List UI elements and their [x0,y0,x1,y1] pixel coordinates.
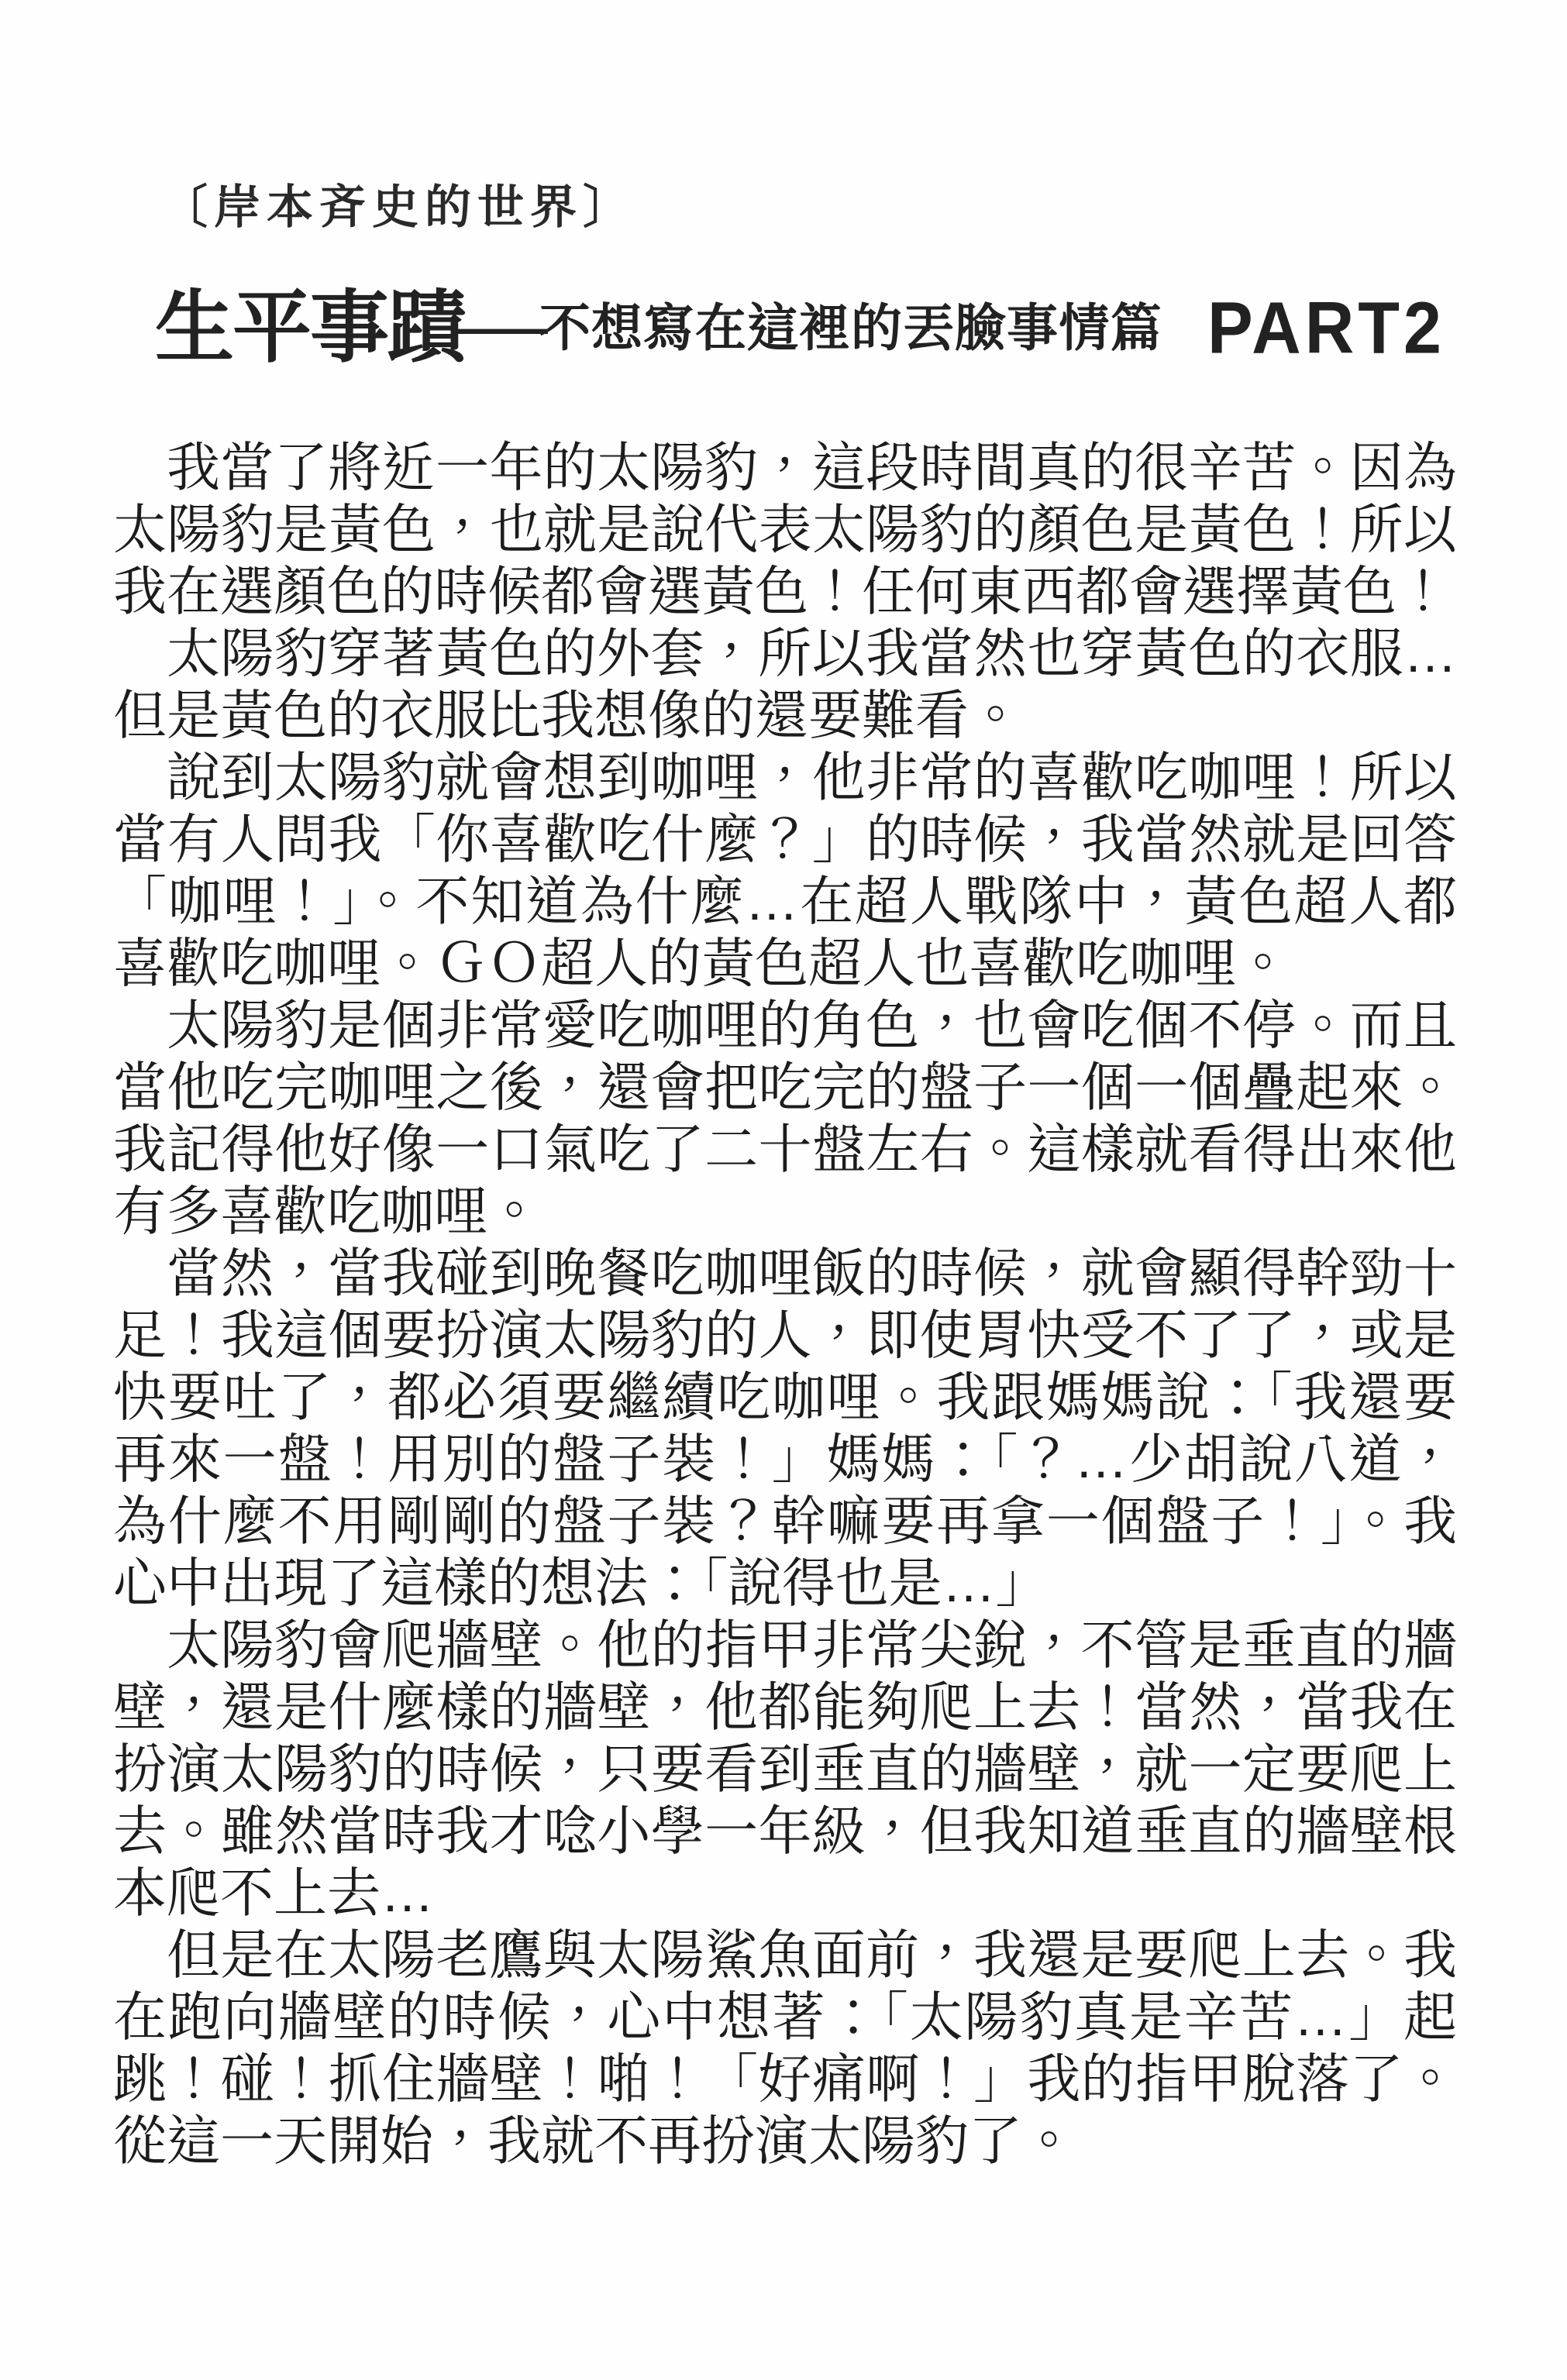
title-part-label: PART2 [1207,291,1445,364]
paragraph-curry-favorite: 說到太陽豹就會想到咖哩，他非常的喜歡吃咖哩！所以當有人問我「你喜歡吃什麼？」的時… [113,747,1457,995]
paragraph-sun-leopard-yellow: 我當了將近一年的太陽豹，這段時間真的很辛苦。因為太陽豹是黃色，也就是說代表太陽豹… [113,437,1457,623]
paragraph-nail-falls-off: 但是在太陽老鷹與太陽鯊魚面前，我還是要爬上去。我在跑向牆壁的時候，心中想著：「太… [113,1924,1457,2172]
title-subtitle: 不想寫在這裡的丟臉事情篇 [539,302,1162,353]
page-title: 生平事蹟 — 不想寫在這裡的丟臉事情篇 PART2 [155,288,1445,367]
article-body: 我當了將近一年的太陽豹，這段時間真的很辛苦。因為太陽豹是黃色，也就是說代表太陽豹… [113,437,1457,2172]
paragraph-yellow-clothes: 太陽豹穿著黃色的外套，所以我當然也穿黃色的衣服…但是黃色的衣服比我想像的還要難看… [113,623,1457,747]
paragraph-curry-plates: 太陽豹是個非常愛吃咖哩的角色，也會吃個不停。而且當他吃完咖哩之後，還會把吃完的盤… [113,995,1457,1243]
section-header: 〔岸本斉史的世界〕 [161,170,635,237]
title-dash: — [453,303,548,353]
paragraph-dinner-curry: 當然，當我碰到晚餐吃咖哩飯的時候，就會顯得幹勁十足！我這個要扮演太陽豹的人，即使… [113,1243,1457,1615]
paragraph-wall-climbing: 太陽豹會爬牆壁。他的指甲非常尖銳，不管是垂直的牆壁，還是什麼樣的牆壁，他都能夠爬… [113,1615,1457,1924]
book-page: 〔岸本斉史的世界〕 生平事蹟 — 不想寫在這裡的丟臉事情篇 PART2 我當了將… [0,0,1567,2380]
title-main: 生平事蹟 [155,288,465,367]
